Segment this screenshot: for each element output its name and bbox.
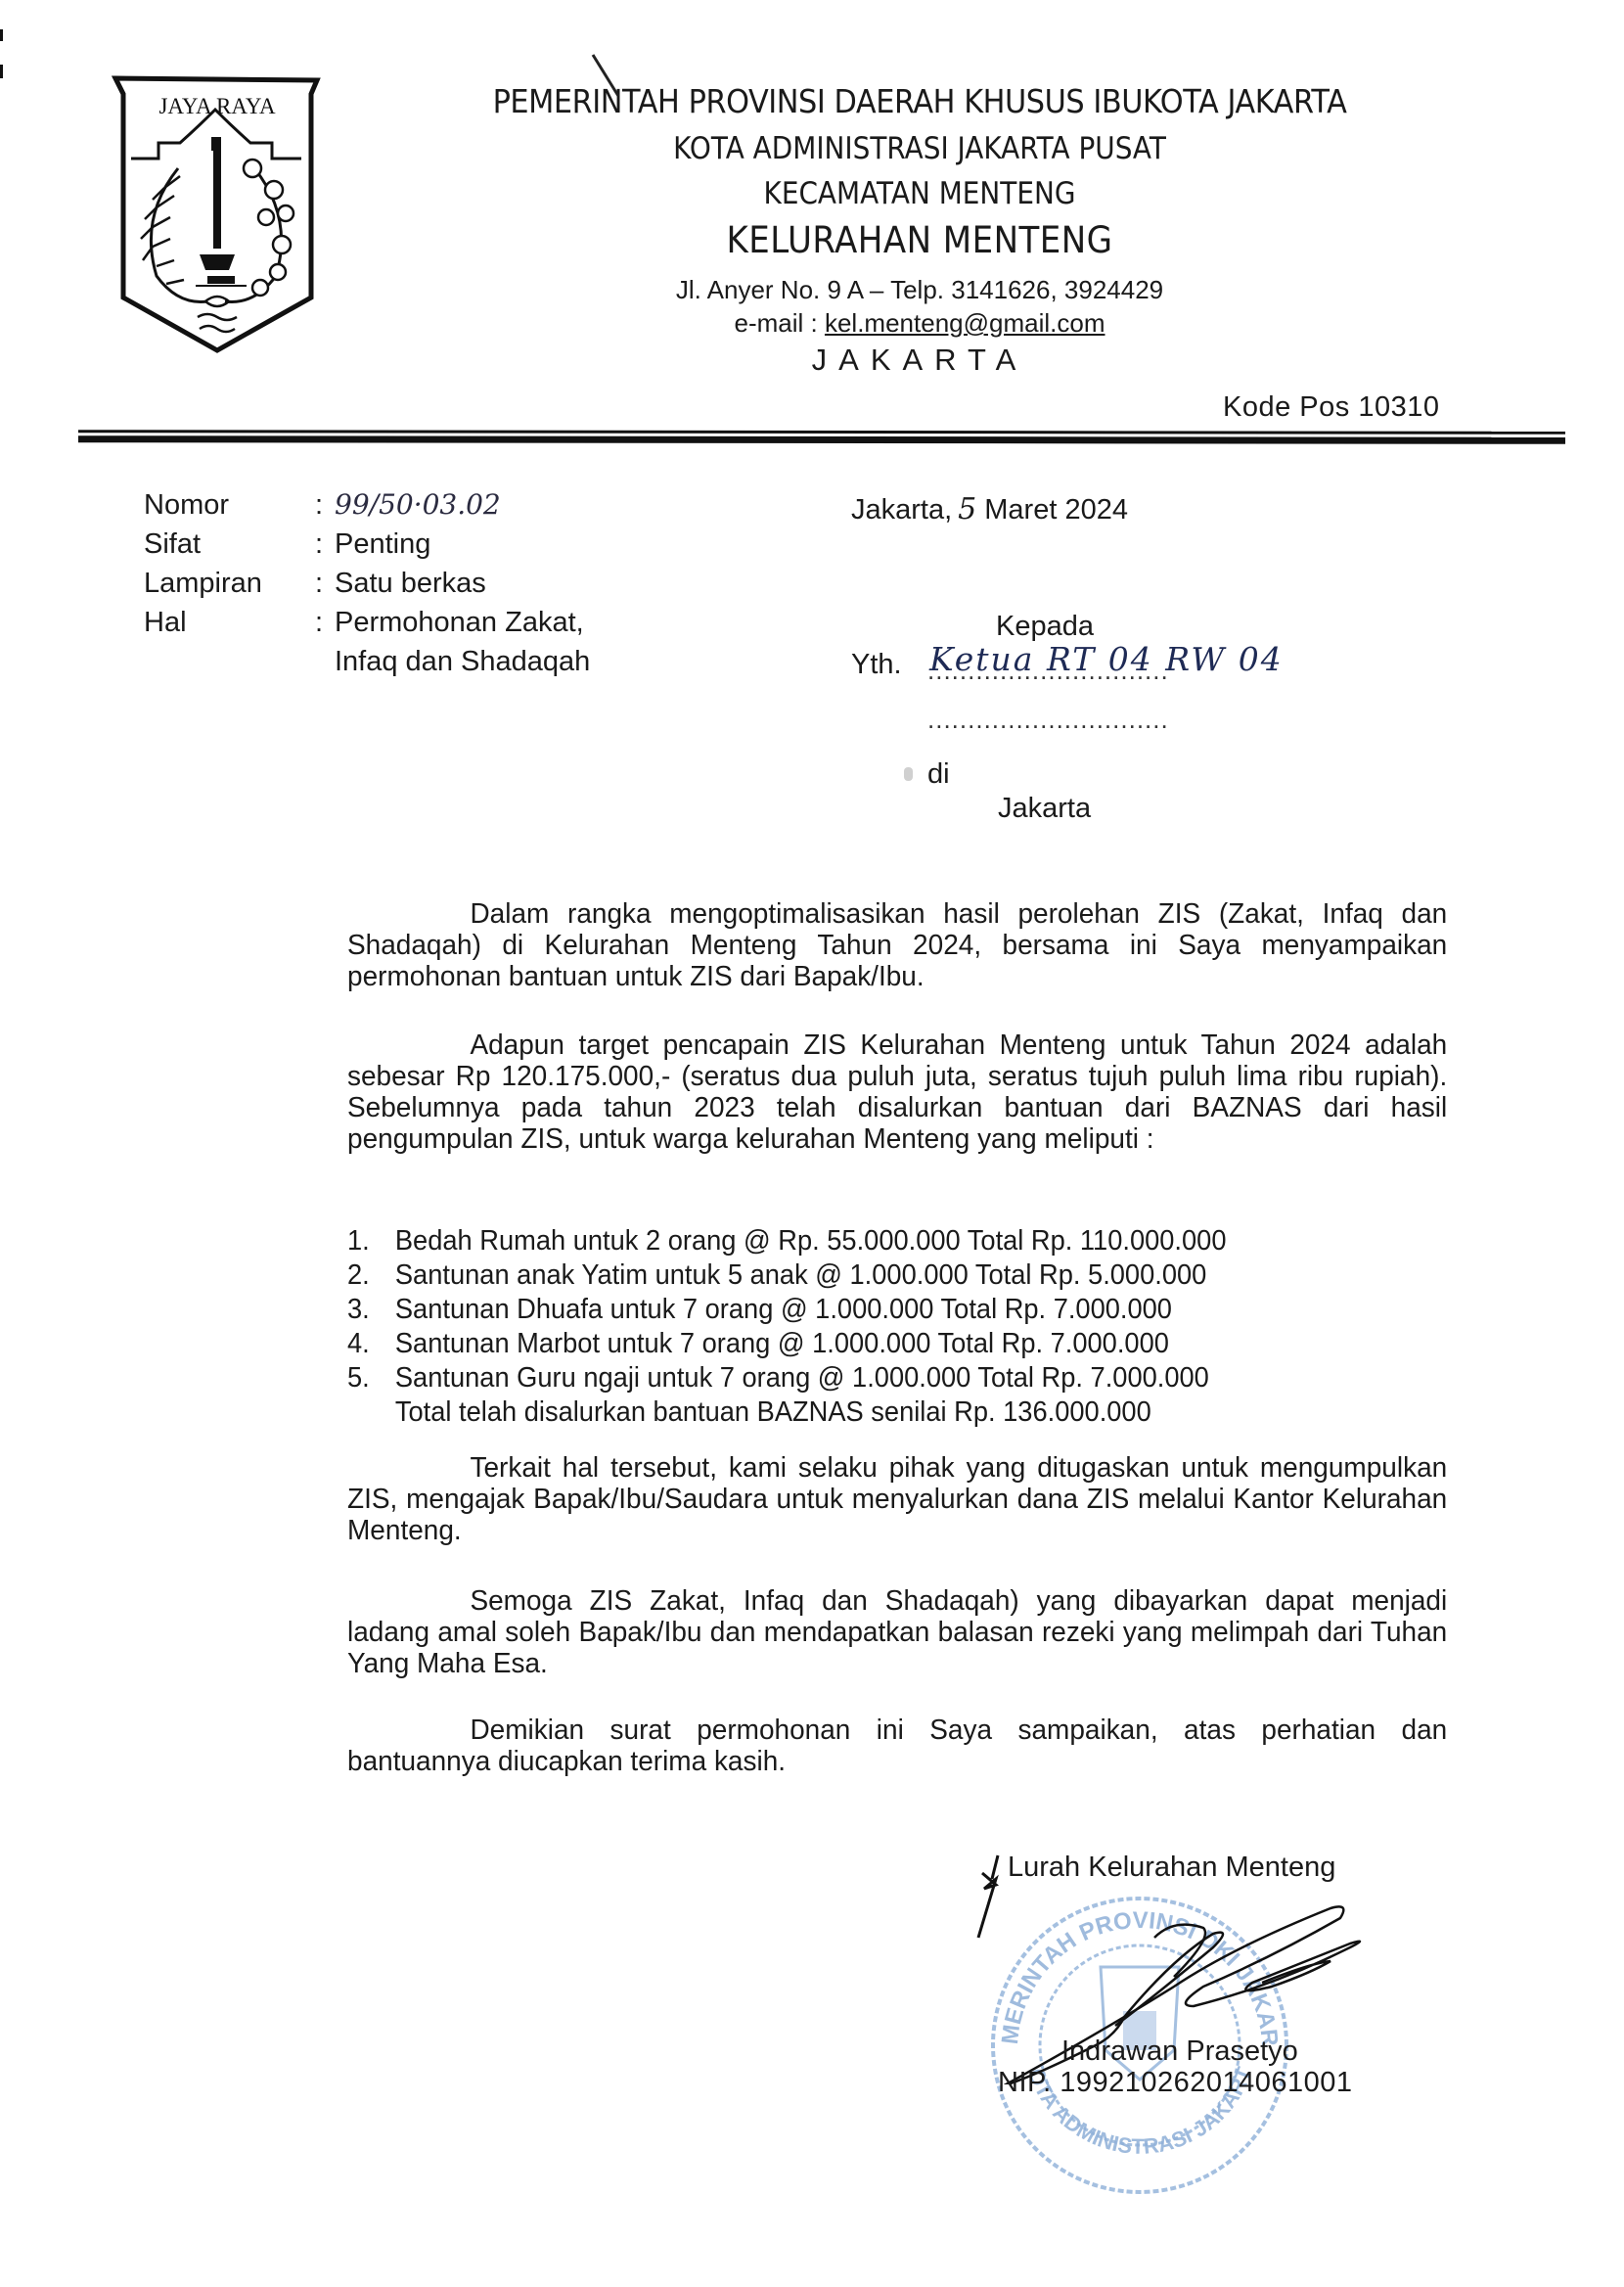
list-item: 4. Santunan Marbot untuk 7 orang @ 1.000… xyxy=(347,1327,1226,1361)
list-total: Total telah disalurkan bantuan BAZNAS se… xyxy=(347,1395,1226,1430)
body-paragraph: Dalam rangka mengoptimalisasikan hasil p… xyxy=(347,898,1447,992)
list-text: Santunan anak Yatim untuk 5 anak @ 1.000… xyxy=(395,1258,1206,1293)
list-number: 4. xyxy=(347,1327,395,1361)
body-paragraph: Adapun target pencapain ZIS Kelurahan Me… xyxy=(347,1029,1447,1155)
recipient-di: di xyxy=(927,758,950,791)
recipient-kepada: Kepada xyxy=(996,611,1094,643)
list-number: 5. xyxy=(347,1361,395,1395)
list-item: 3. Santunan Dhuafa untuk 7 orang @ 1.000… xyxy=(347,1293,1226,1327)
meta-row-sifat: Sifat : Penting xyxy=(144,525,590,564)
email-link[interactable]: kel.menteng@gmail.com xyxy=(825,308,1105,338)
list-item: 1. Bedah Rumah untuk 2 orang @ Rp. 55.00… xyxy=(347,1224,1226,1258)
meta-value: Penting xyxy=(335,525,430,564)
date-suffix: Maret 2024 xyxy=(984,494,1128,526)
signatory-title: Lurah Kelurahan Menteng xyxy=(1008,1852,1335,1884)
date-day-handwritten: 5 xyxy=(958,492,976,526)
meta-colon: : xyxy=(315,485,335,525)
letterhead-district-line: KECAMATAN MENTENG xyxy=(479,176,1360,211)
recipient-handwritten-name: Ketua RT 04 RW 04 xyxy=(929,640,1284,678)
meta-row-hal: Hal : Permohonan Zakat, xyxy=(144,603,590,642)
paragraph-text: Semoga ZIS Zakat, Infaq dan Shadaqah) ya… xyxy=(347,1585,1447,1679)
meta-value: Permohonan Zakat, xyxy=(335,603,584,642)
letterhead-city: JAKARTA xyxy=(430,343,1409,378)
recipient-dotted-line: .............................. xyxy=(927,705,1169,735)
recipient-yth: Yth. xyxy=(851,649,902,681)
list-text: Santunan Dhuafa untuk 7 orang @ 1.000.00… xyxy=(395,1293,1172,1327)
meta-value-handwritten: 99/50·03.02 xyxy=(335,485,501,525)
recipient-city: Jakarta xyxy=(998,793,1091,825)
list-number: 1. xyxy=(347,1224,395,1258)
body-paragraph: Demikian surat permohonan ini Saya sampa… xyxy=(347,1715,1447,1777)
letterhead-city-line: KOTA ADMINISTRASI JAKARTA PUSAT xyxy=(479,131,1360,166)
list-number: 3. xyxy=(347,1293,395,1327)
scan-edge-mark xyxy=(0,65,3,78)
list-text: Santunan Guru ngaji untuk 7 orang @ 1.00… xyxy=(395,1361,1209,1395)
scan-smudge xyxy=(904,767,913,781)
list-text: Santunan Marbot untuk 7 orang @ 1.000.00… xyxy=(395,1327,1169,1361)
letterhead-address: Jl. Anyer No. 9 A – Telp. 3141626, 39244… xyxy=(430,275,1409,305)
paragraph-text: Demikian surat permohonan ini Saya sampa… xyxy=(347,1715,1447,1777)
paragraph-text: Adapun target pencapain ZIS Kelurahan Me… xyxy=(347,1029,1447,1155)
paragraph-text: Dalam rangka mengoptimalisasikan hasil p… xyxy=(347,898,1447,992)
signatory-name: Indrawan Prasetyo xyxy=(1061,2035,1298,2068)
body-paragraph: Terkait hal tersebut, kami selaku pihak … xyxy=(347,1452,1447,1546)
meta-label: Nomor xyxy=(144,485,315,525)
distribution-list: 1. Bedah Rumah untuk 2 orang @ Rp. 55.00… xyxy=(347,1224,1226,1430)
list-item: 5. Santunan Guru ngaji untuk 7 orang @ 1… xyxy=(347,1361,1226,1395)
pen-stroke-mark xyxy=(587,51,626,110)
signatory-nip: NIP. 199210262014061001 xyxy=(998,2067,1353,2099)
meta-label: Lampiran xyxy=(144,564,315,603)
list-number: 2. xyxy=(347,1258,395,1293)
postal-code: Kode Pos 10310 xyxy=(1223,391,1439,424)
meta-value: Infaq dan Shadaqah xyxy=(335,642,590,681)
email-label: e-mail : xyxy=(735,308,825,338)
list-item: 2. Santunan anak Yatim untuk 5 anak @ 1.… xyxy=(347,1258,1226,1293)
letter-date: Jakarta,5Maret 2024 xyxy=(851,492,1128,526)
meta-row-hal-continued: Infaq dan Shadaqah xyxy=(144,642,590,681)
meta-label: Sifat xyxy=(144,525,315,564)
meta-colon: : xyxy=(315,603,335,642)
letterhead-divider-thick xyxy=(78,435,1565,444)
meta-label xyxy=(144,642,315,681)
meta-value: Satu berkas xyxy=(335,564,486,603)
svg-text:JAYA RAYA: JAYA RAYA xyxy=(158,94,276,118)
scan-edge-mark xyxy=(0,29,3,41)
list-text: Bedah Rumah untuk 2 orang @ Rp. 55.000.0… xyxy=(395,1224,1227,1258)
letter-meta-block: Nomor : 99/50·03.02 Sifat : Penting Lamp… xyxy=(144,485,590,681)
body-paragraph: Semoga ZIS Zakat, Infaq dan Shadaqah) ya… xyxy=(347,1585,1447,1679)
meta-row-lampiran: Lampiran : Satu berkas xyxy=(144,564,590,603)
meta-colon: : xyxy=(315,525,335,564)
meta-colon xyxy=(315,642,335,681)
meta-row-nomor: Nomor : 99/50·03.02 xyxy=(144,485,590,525)
letterhead-divider-thin xyxy=(78,430,1565,435)
letterhead-email-line: e-mail : kel.menteng@gmail.com xyxy=(430,308,1409,339)
jakarta-crest-logo-icon: JAYA RAYA xyxy=(110,70,323,354)
paragraph-text: Terkait hal tersebut, kami selaku pihak … xyxy=(347,1452,1447,1546)
letterhead-office-name: KELURAHAN MENTENG xyxy=(470,219,1370,261)
meta-label: Hal xyxy=(144,603,315,642)
date-prefix: Jakarta, xyxy=(851,494,952,526)
meta-colon: : xyxy=(315,564,335,603)
